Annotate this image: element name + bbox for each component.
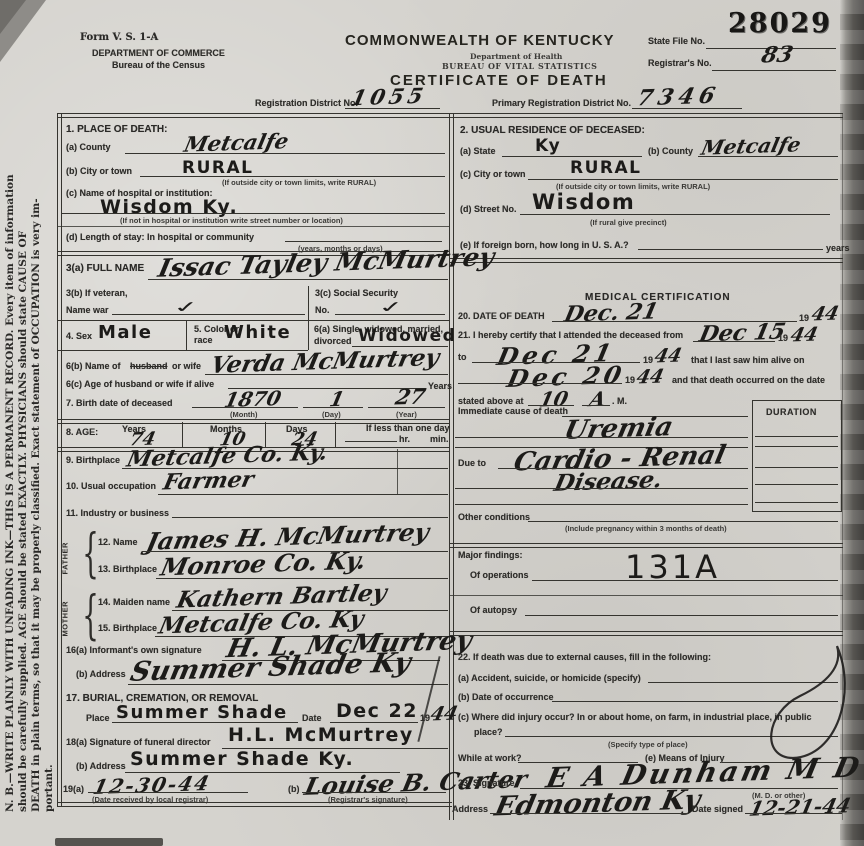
rule-line bbox=[693, 341, 775, 342]
ssn-no-label: No. bbox=[315, 305, 330, 315]
from-year-value: 44 bbox=[789, 324, 820, 347]
rule-line bbox=[520, 214, 830, 215]
rule-line bbox=[345, 441, 397, 442]
rule-line bbox=[755, 484, 838, 485]
foreign-born-unit: years bbox=[826, 243, 850, 253]
physician-signature-label: 23. Signature bbox=[458, 778, 515, 788]
residence-heading: 2. USUAL RESIDENCE OF DECEASED: bbox=[460, 125, 645, 136]
rule-line bbox=[455, 488, 748, 489]
hospital-value: Wisdom Ky. bbox=[100, 196, 238, 218]
hr-label: hr. bbox=[399, 434, 410, 444]
rule-line bbox=[632, 108, 742, 109]
father-brace: { bbox=[82, 524, 99, 584]
birthplace-label: 9. Birthplace bbox=[66, 455, 120, 465]
age-label: 8. AGE: bbox=[66, 427, 98, 437]
external-causes-heading: 22. If death was due to external causes,… bbox=[458, 652, 711, 662]
rule-line bbox=[88, 792, 248, 793]
street-note: (If rural give precinct) bbox=[590, 218, 667, 227]
day-caption: (Day) bbox=[322, 410, 341, 419]
residence-county-label: (b) County bbox=[648, 146, 693, 156]
rule-line bbox=[158, 494, 448, 495]
rule-line bbox=[368, 407, 445, 408]
department-label: DEPARTMENT OF COMMERCE bbox=[92, 48, 225, 58]
pen-stroke bbox=[417, 656, 440, 742]
rule-line bbox=[449, 595, 843, 596]
registrar-no-label: Registrar's No. bbox=[648, 58, 712, 68]
veteran-label: 3(b) If veteran, bbox=[66, 288, 128, 298]
margin-note-line: N. B.—WRITE PLAINLY WITH UNFADING INK—TH… bbox=[4, 52, 17, 812]
cell-divider bbox=[335, 422, 336, 447]
rule-line bbox=[205, 374, 448, 375]
spouse-label-pre: 6(b) Name of bbox=[66, 361, 121, 371]
margin-note-line: portant. bbox=[43, 52, 56, 812]
marital-value: Widowed bbox=[358, 326, 456, 346]
registrar-received-label: 19(a) bbox=[63, 784, 84, 794]
informant-signature-label: 16(a) Informant's own signature bbox=[66, 645, 202, 655]
month-caption: (Month) bbox=[230, 410, 257, 419]
to-label: to bbox=[458, 352, 467, 362]
informant-address-label: (b) Address bbox=[76, 669, 126, 679]
bureau-label: Bureau of the Census bbox=[112, 60, 205, 70]
physician-address: Edmonton Ky bbox=[492, 784, 703, 822]
rule-line bbox=[62, 213, 445, 214]
rule-line bbox=[455, 437, 748, 438]
spouse-age-unit: Years bbox=[428, 381, 452, 391]
birth-month-value: 1870 bbox=[222, 386, 283, 412]
funeral-director-label: 18(a) Signature of funeral director bbox=[66, 737, 211, 747]
rule-line bbox=[755, 436, 838, 437]
rule-line bbox=[502, 156, 642, 157]
industry-label: 11. Industry or business bbox=[66, 508, 169, 518]
rule-line bbox=[285, 241, 442, 242]
rule-line bbox=[745, 813, 842, 814]
reg-district-label: Registration District No. bbox=[255, 98, 358, 108]
year-caption: (Year) bbox=[396, 410, 417, 419]
ssn-checkmark: ✓ bbox=[376, 297, 407, 317]
rule-line bbox=[638, 249, 823, 250]
length-of-stay-label: (d) Length of stay: In hospital or commu… bbox=[66, 232, 254, 242]
residence-city-value: RURAL bbox=[570, 158, 641, 178]
father-birthplace-value: Monroe Co. Ky. bbox=[158, 545, 369, 581]
m-label: . M. bbox=[612, 396, 627, 406]
cause-of-death-value: Uremia bbox=[561, 412, 675, 446]
mother-brace: { bbox=[82, 586, 99, 646]
city-value: RURAL bbox=[182, 158, 253, 178]
rule-line bbox=[458, 383, 622, 384]
attended-from-date: Dec 15 bbox=[697, 319, 788, 348]
registrar-received-note: (Date received by local registrar) bbox=[92, 795, 208, 804]
death-ampm-value: A bbox=[587, 387, 608, 412]
race-value: White bbox=[224, 322, 291, 343]
burial-place-value: Summer Shade bbox=[116, 702, 288, 723]
while-at-work-label: While at work? bbox=[458, 753, 522, 763]
immediate-cause-label: Immediate cause of death bbox=[458, 406, 568, 416]
section-divider bbox=[449, 258, 843, 263]
city-label: (b) City or town bbox=[66, 166, 132, 176]
sex-label: 4. Sex bbox=[66, 331, 92, 341]
ssn-label: 3(c) Social Security bbox=[315, 288, 398, 298]
state-file-label: State File No. bbox=[648, 36, 705, 46]
cell-divider bbox=[186, 320, 187, 350]
signature-flourish-icon bbox=[745, 638, 857, 770]
rule-line bbox=[698, 156, 838, 157]
rule-line bbox=[755, 502, 838, 503]
burial-place-label: Place bbox=[86, 713, 110, 723]
race-label-2: race bbox=[194, 335, 213, 345]
where-injury-note: (Specify type of place) bbox=[608, 740, 688, 749]
date-signed-value: 12-21-44 bbox=[747, 793, 853, 820]
rule-line bbox=[755, 446, 838, 447]
due-to-label: Due to bbox=[458, 458, 486, 468]
father-side-label: FATHER bbox=[61, 535, 70, 575]
full-name-value: Issac Tayley McMurtrey bbox=[156, 242, 498, 283]
form-code: Form V. S. 1-A bbox=[80, 32, 158, 43]
name-war-label: Name war bbox=[66, 305, 109, 315]
primary-district-label: Primary Registration District No. bbox=[492, 98, 631, 108]
mother-side-label: MOTHER bbox=[61, 597, 70, 637]
from-year-pre: 19 bbox=[778, 333, 788, 343]
registrar-signature-note: (Registrar's signature) bbox=[328, 795, 408, 804]
street-value: Wisdom bbox=[532, 190, 635, 214]
rule-line bbox=[582, 405, 610, 406]
burial-year-value: 44 bbox=[429, 703, 460, 726]
cell-divider bbox=[182, 422, 183, 447]
rule-line bbox=[528, 179, 838, 180]
registrar-sig-b-label: (b) bbox=[288, 784, 300, 794]
rule-line bbox=[455, 504, 748, 505]
residence-state-value: Ky bbox=[535, 136, 561, 156]
other-conditions-label: Other conditions bbox=[458, 512, 530, 522]
accident-label: (a) Accident, suicide, or homicide (spec… bbox=[458, 673, 641, 683]
full-name-label: 3(a) FULL NAME bbox=[66, 263, 144, 274]
section-divider bbox=[449, 631, 843, 636]
occurrence-label: (b) Date of occurrence bbox=[458, 692, 554, 702]
mother-name-label: 14. Maiden name bbox=[98, 597, 170, 607]
stated-above-label: stated above at bbox=[458, 396, 524, 406]
spouse-label-struck: husband bbox=[130, 361, 168, 371]
cell-divider bbox=[397, 449, 398, 495]
funeral-director-signature: H.L. McMurtrey bbox=[228, 724, 414, 746]
alive-year-value: 44 bbox=[635, 366, 666, 389]
rule-line bbox=[528, 521, 838, 522]
rule-line bbox=[712, 70, 836, 71]
rule-line bbox=[128, 684, 448, 685]
dod-year-pre: 19 bbox=[799, 313, 809, 323]
birth-year-value: 27 bbox=[393, 383, 428, 409]
to-year-pre: 19 bbox=[643, 355, 653, 365]
min-label: min. bbox=[430, 434, 449, 444]
county-label: (a) County bbox=[66, 142, 111, 152]
state-file-stamp: 28029 bbox=[728, 8, 832, 39]
to-year-value: 44 bbox=[653, 345, 684, 368]
hospital-note: (If not in hospital or institution write… bbox=[120, 216, 343, 225]
burial-date-value: Dec 22 bbox=[336, 700, 418, 722]
funeral-director-address: Summer Shade Ky. bbox=[130, 748, 354, 770]
physician-address-label: Address bbox=[452, 804, 488, 814]
alive-year-pre: 19 bbox=[625, 375, 635, 385]
commonwealth-title: COMMONWEALTH OF KENTUCKY bbox=[345, 32, 615, 49]
reg-district-value: 1055 bbox=[349, 83, 429, 111]
rule-line bbox=[192, 407, 298, 408]
major-findings-label: Major findings: bbox=[458, 550, 523, 560]
residence-city-label: (c) City or town bbox=[460, 169, 526, 179]
rule-line bbox=[490, 813, 688, 814]
city-note: (If outside city or town limits, write R… bbox=[222, 178, 376, 187]
certify-line-3: and that death occurred on the date bbox=[672, 375, 825, 385]
birth-date-label: 7. Birth date of deceased bbox=[66, 398, 173, 408]
scan-bottom-mark bbox=[55, 838, 163, 846]
rule-line bbox=[755, 467, 838, 468]
occupation-value: Farmer bbox=[161, 466, 256, 495]
rule-line bbox=[345, 108, 440, 109]
war-checkmark: ✓ bbox=[171, 297, 202, 317]
certify-line-2: that I last saw him alive on bbox=[691, 355, 805, 365]
dept-health-label: Department of Health bbox=[470, 52, 562, 61]
occupation-label: 10. Usual occupation bbox=[66, 481, 156, 491]
father-name-label: 12. Name bbox=[98, 537, 138, 547]
place-of-death-heading: 1. PLACE OF DEATH: bbox=[66, 124, 167, 135]
date-of-death-label: 20. DATE OF DEATH bbox=[458, 311, 545, 321]
mother-birthplace-label: 15. Birthplace bbox=[98, 623, 157, 633]
cell-divider bbox=[308, 286, 309, 350]
marital-label-2: divorced bbox=[314, 336, 352, 346]
bureau-vital-label: BUREAU OF VITAL STATISTICS bbox=[442, 61, 597, 71]
margin-note: N. B.—WRITE PLAINLY WITH UNFADING INK—TH… bbox=[4, 52, 56, 812]
other-conditions-note: (Include pregnancy within 3 months of de… bbox=[565, 524, 727, 533]
rule-line bbox=[525, 615, 838, 616]
sex-value: Male bbox=[98, 322, 152, 343]
duration-label: DURATION bbox=[766, 407, 817, 417]
rule-line bbox=[303, 407, 363, 408]
rule-line bbox=[112, 722, 298, 723]
operations-label: Of operations bbox=[470, 570, 529, 580]
spouse-age-label: 6(c) Age of husband or wife if alive bbox=[66, 379, 214, 389]
due-to-value-2: Disease. bbox=[552, 466, 665, 497]
certify-line-1: 21. I hereby certify that I attended the… bbox=[458, 330, 683, 340]
rule-line bbox=[57, 226, 449, 227]
funeral-director-address-label: (b) Address bbox=[76, 761, 126, 771]
where-injury-label-2: place? bbox=[474, 727, 503, 737]
registrar-no-value: 83 bbox=[759, 41, 795, 68]
rule-line bbox=[330, 722, 418, 723]
row-divider bbox=[57, 320, 449, 321]
autopsy-label: Of autopsy bbox=[470, 605, 517, 615]
father-birthplace-label: 13. Birthplace bbox=[98, 564, 157, 574]
street-label: (d) Street No. bbox=[460, 204, 517, 214]
spouse-label-post: or wife bbox=[172, 361, 201, 371]
burial-date-label: Date bbox=[302, 713, 322, 723]
dod-year-value: 44 bbox=[810, 303, 841, 326]
margin-note-line: DEATH in plain terms, so that it may be … bbox=[30, 52, 43, 812]
date-of-death-value: Dec. 21 bbox=[562, 298, 661, 327]
date-signed-label: Date signed bbox=[692, 804, 743, 814]
rule-line bbox=[140, 176, 445, 177]
less-than-day-label: If less than one day bbox=[366, 423, 450, 433]
death-certificate-scan: N. B.—WRITE PLAINLY WITH UNFADING INK—TH… bbox=[0, 0, 864, 846]
margin-note-line: should be carefully supplied. AGE should… bbox=[17, 52, 30, 812]
rule-line bbox=[125, 153, 445, 154]
residence-state-label: (a) State bbox=[460, 146, 496, 156]
rule-line bbox=[156, 578, 448, 579]
rule-line bbox=[302, 792, 446, 793]
rule-line bbox=[112, 314, 305, 315]
form-border-left bbox=[57, 113, 62, 807]
rule-line bbox=[532, 580, 838, 581]
